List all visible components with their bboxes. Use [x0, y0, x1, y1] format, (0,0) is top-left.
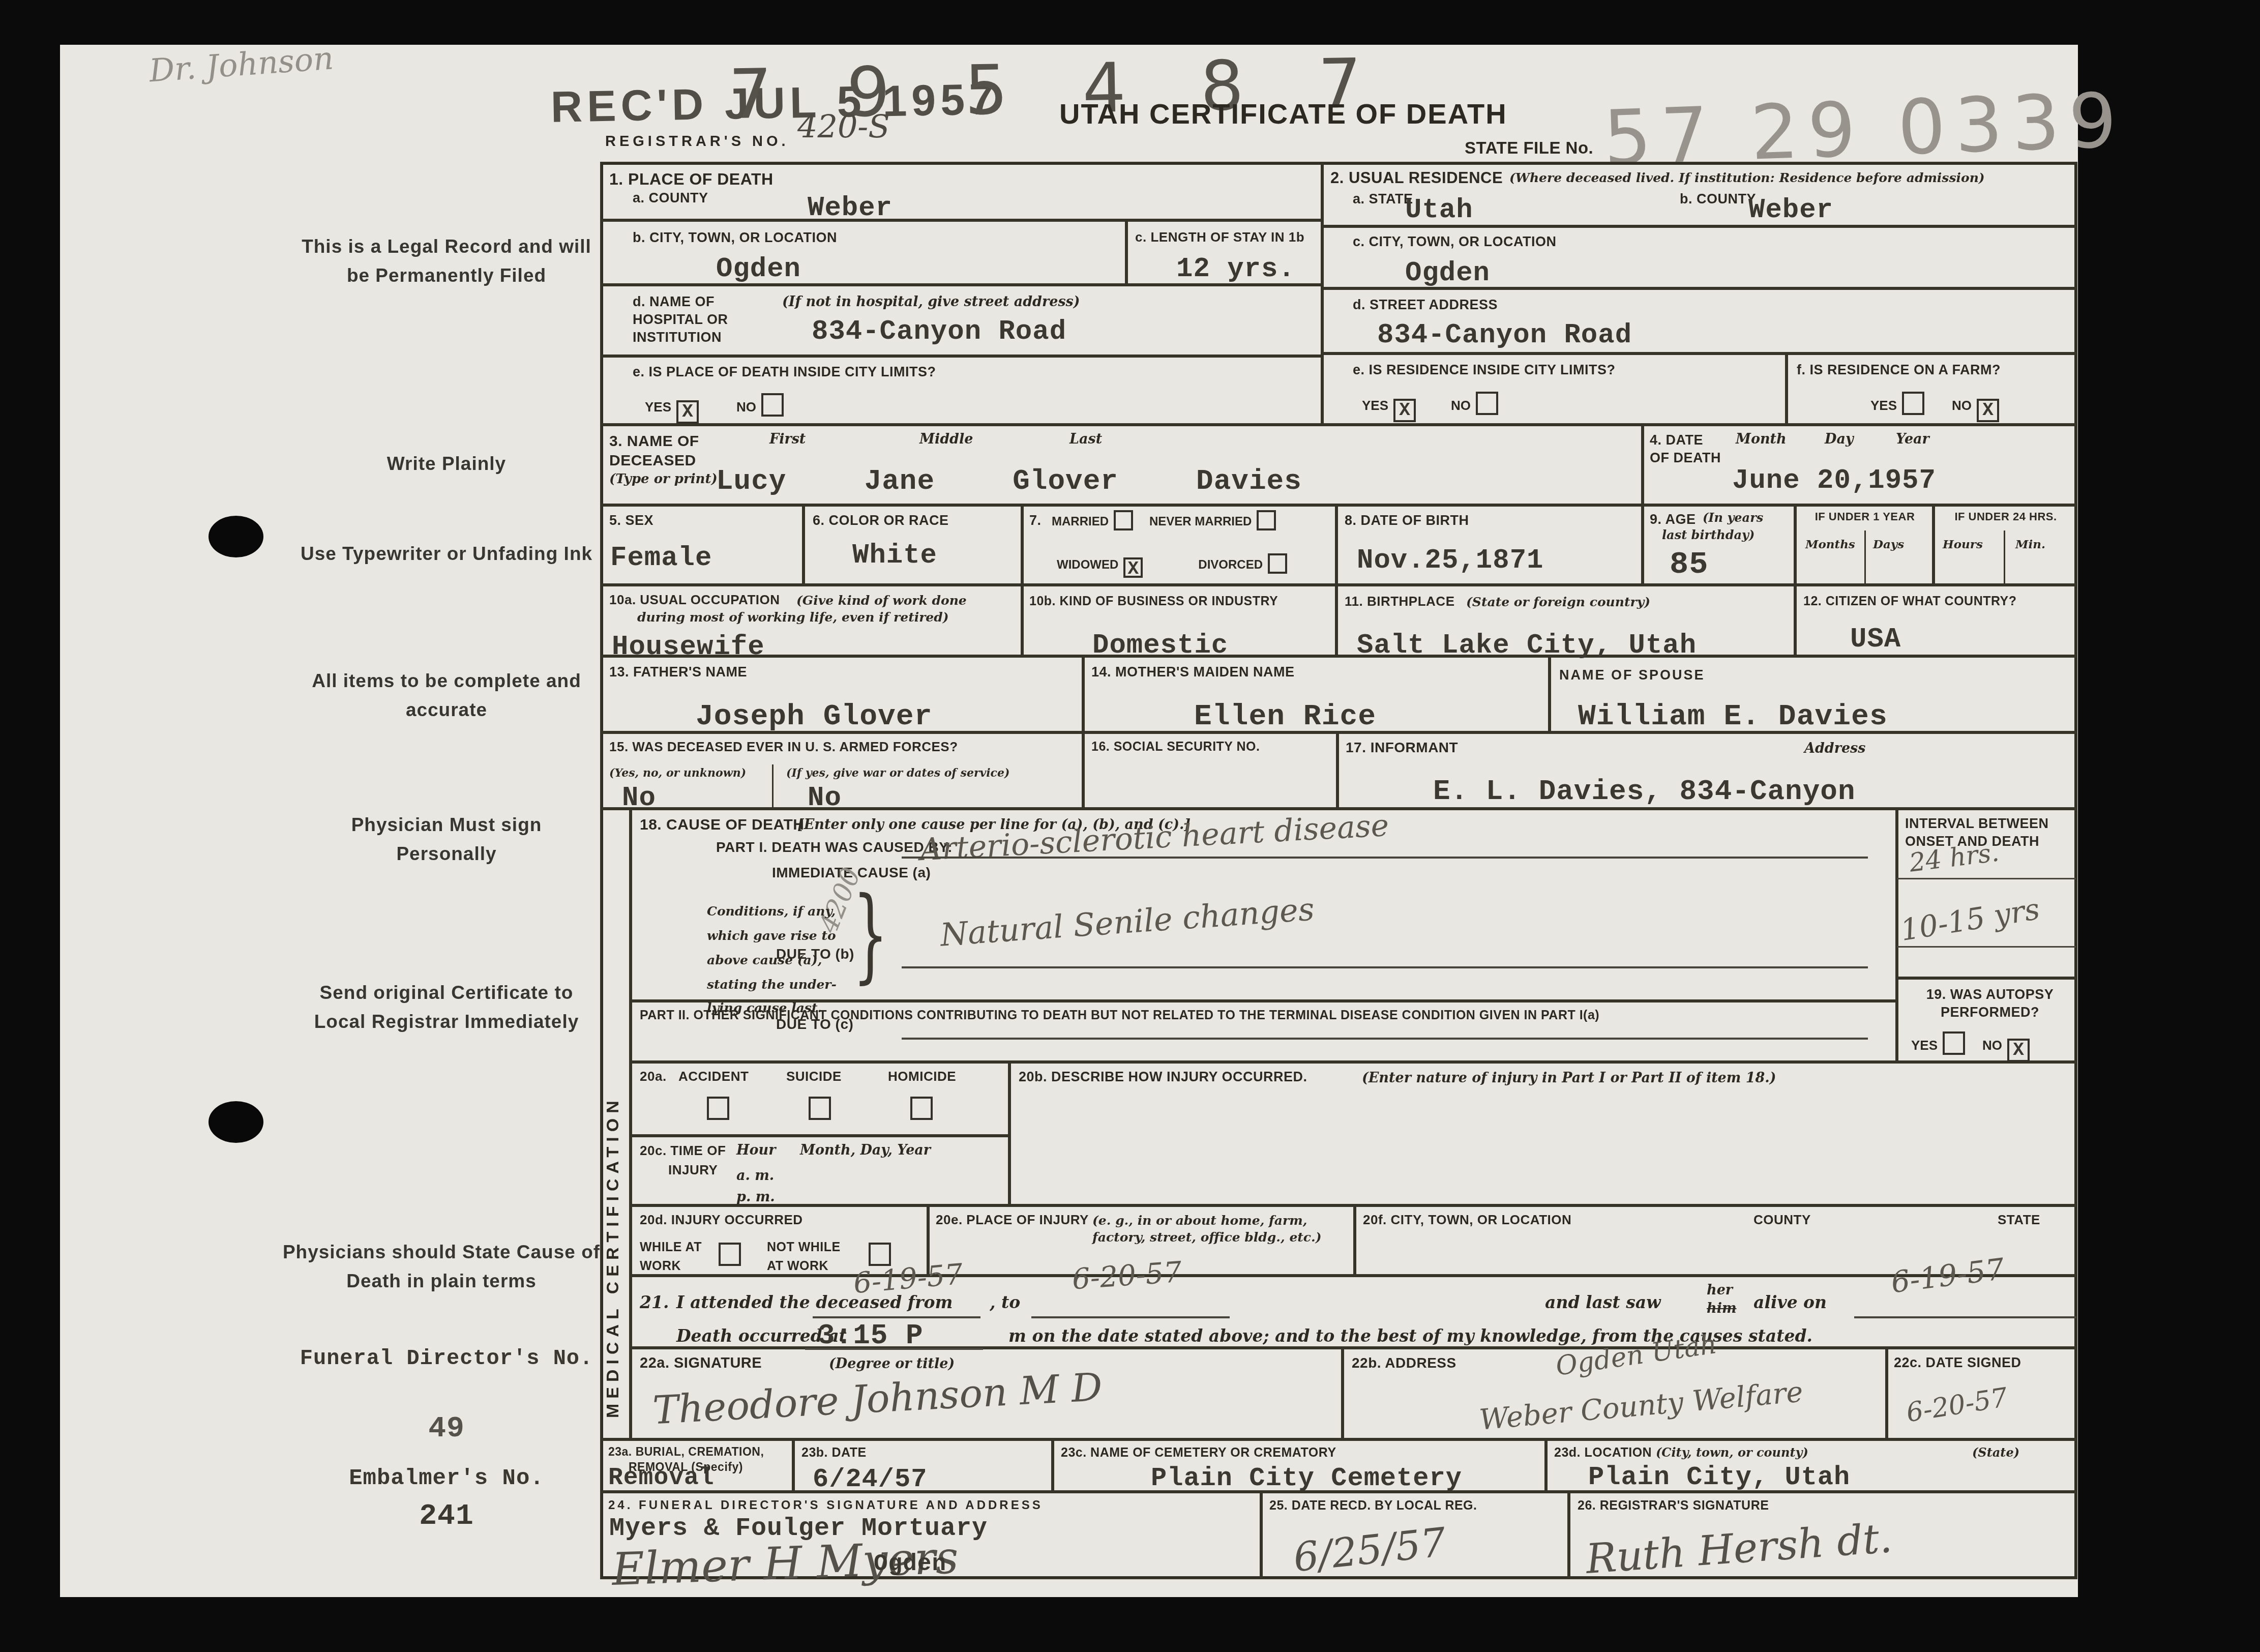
punch-hole-top — [209, 516, 263, 557]
s2a-value: Utah — [1405, 195, 1473, 225]
s20d-while-label2: WORK — [640, 1258, 681, 1275]
s23d-value: Plain City, Utah — [1588, 1463, 1850, 1492]
medical-certification-vertical-label: MEDICAL CERTIFICATION — [603, 838, 629, 1418]
s17-address-label: Address — [1804, 740, 1866, 757]
s6-label: 6. COLOR OR RACE — [813, 512, 949, 529]
s2e-yes-label: YES — [1362, 398, 1388, 413]
s15-label: 15. WAS DECEASED EVER IN U. S. ARMED FOR… — [609, 739, 958, 756]
s1c-label: c. LENGTH OF STAY IN 1b — [1135, 229, 1318, 246]
s8-value: Nov.25,1871 — [1357, 546, 1543, 576]
s12-label: 12. CITIZEN OF WHAT COUNTRY? — [1803, 593, 2017, 610]
s2a-label: a. STATE — [1353, 190, 1413, 208]
s3-col-last: Last — [1069, 430, 1102, 448]
s2-header-note: (Where deceased lived. If institution: R… — [1509, 170, 1985, 187]
s7-married-checkbox — [1114, 510, 1133, 530]
s2f-yes-label: YES — [1870, 398, 1897, 413]
divider-15 — [772, 764, 774, 809]
s2f-yes-checkbox — [1902, 392, 1924, 415]
s9-days-label: Days — [1873, 537, 1904, 552]
s15-value2: No — [808, 783, 842, 813]
s20d-label: 20d. INJURY OCCURRED — [640, 1212, 803, 1229]
s18-brace: } — [853, 884, 888, 986]
s2f-options: YES NOX — [1870, 392, 2004, 422]
s21-to-line — [1031, 1316, 1230, 1318]
s21-him-label: him — [1707, 1300, 1736, 1317]
s9-note-line1: (In years — [1703, 510, 1763, 525]
s20a-homicide-label: HOMICIDE — [888, 1068, 956, 1085]
s23b-value: 6/24/57 — [813, 1465, 927, 1494]
s20d-while-label1: WHILE AT — [640, 1239, 702, 1256]
s24-city-typed: Ogden — [874, 1551, 946, 1577]
s23a-value: Removal — [608, 1465, 715, 1492]
s9-under24-header: IF UNDER 24 HRS. — [1936, 510, 2076, 524]
s9-note-line2: last birthday) — [1662, 527, 1755, 543]
funeral-directors-no-label: Funeral Director's No. — [289, 1347, 604, 1370]
s2b-label: b. COUNTY — [1680, 190, 1756, 208]
s2e-yes-checkbox: X — [1393, 399, 1416, 422]
s2e-options: YESX NO — [1362, 392, 1503, 422]
s2d-label: d. STREET ADDRESS — [1353, 296, 1498, 314]
margin-note-legal-record: This is a Legal Record and will be Perma… — [299, 232, 594, 290]
s20d-while-checkbox — [719, 1243, 741, 1266]
s18-interval-rule1 — [1897, 878, 2076, 879]
s22c-label: 22c. DATE SIGNED — [1894, 1354, 2072, 1372]
s19-no-label: NO — [1982, 1038, 2002, 1053]
s23c-label: 23c. NAME OF CEMETERY OR CREMATORY — [1061, 1444, 1336, 1461]
s7-row1: MARRIED NEVER MARRIED — [1052, 510, 1281, 530]
s7-married-label: MARRIED — [1052, 515, 1109, 528]
s9-value: 85 — [1670, 547, 1708, 582]
s20a-homicide-checkbox — [910, 1097, 933, 1120]
scanned-death-certificate: { "header": { "received_stamp": "REC'D J… — [0, 0, 2260, 1652]
s1e-yes-label: YES — [645, 399, 671, 415]
s19-options: YES NOX — [1911, 1031, 2035, 1062]
s21-time-value: 3:15 P — [818, 1320, 924, 1352]
s1b-label: b. CITY, TOWN, OR LOCATION — [633, 229, 837, 247]
s20e-label: 20e. PLACE OF INJURY — [936, 1212, 1089, 1229]
punch-hole-bottom — [209, 1101, 263, 1143]
s7-row2: WIDOWEDX DIVORCED — [1057, 553, 1292, 578]
s14-label: 14. MOTHER'S MAIDEN NAME — [1091, 663, 1294, 681]
s18-conditions-line2: which gave rise to — [707, 928, 836, 945]
s12-value: USA — [1850, 625, 1901, 655]
s13-label: 13. FATHER'S NAME — [609, 663, 747, 681]
s11-label: 11. BIRTHPLACE — [1345, 593, 1455, 610]
s10a-value: Housewife — [612, 632, 765, 662]
s21-text2: , to — [990, 1292, 1020, 1313]
s23b-label: 23b. DATE — [801, 1444, 867, 1461]
s1a-label: a. COUNTY — [633, 189, 708, 207]
s20f-county-label: COUNTY — [1753, 1212, 1811, 1229]
s7-number: 7. — [1029, 512, 1042, 529]
s20c-am-label: a. m. — [736, 1167, 774, 1185]
margin-note-plain-terms: Physicians should State Cause of Death i… — [274, 1237, 609, 1296]
s10a-note2: during most of working life, even if ret… — [637, 609, 949, 626]
s20d-notwhile-label2: AT WORK — [767, 1258, 828, 1275]
s23d-state-note: (State) — [1972, 1444, 2019, 1460]
s23a-label-line1: 23a. BURIAL, CREMATION, — [608, 1444, 764, 1460]
s2e-label: e. IS RESIDENCE INSIDE CITY LIMITS? — [1353, 361, 1616, 379]
spouse-label: NAME OF SPOUSE — [1559, 666, 1705, 684]
certificate-title: UTAH CERTIFICATE OF DEATH — [1059, 96, 1507, 133]
s7-widowed-checkbox: X — [1123, 557, 1143, 578]
s7-divorced-label: DIVORCED — [1198, 558, 1263, 572]
s20d-notwhile-label1: NOT WHILE — [767, 1239, 841, 1256]
s10b-label: 10b. KIND OF BUSINESS OR INDUSTRY — [1029, 593, 1278, 610]
embalmers-no-value: 241 — [289, 1500, 604, 1533]
s2f-no-checkbox: X — [1977, 399, 1999, 422]
s20a-accident-label: ACCIDENT — [678, 1068, 749, 1085]
s20c-label-line2: INJURY — [668, 1162, 718, 1179]
s20b-label: 20b. DESCRIBE HOW INJURY OCCURRED. — [1019, 1068, 1307, 1086]
s20d-notwhile-checkbox — [869, 1243, 891, 1266]
s3-name-value: Lucy Jane Glover Davies — [716, 466, 1302, 497]
s21-time-line — [805, 1348, 983, 1350]
s4-col-day: Day — [1825, 430, 1854, 448]
s1b-value: Ogden — [716, 254, 801, 284]
s21-from-line — [813, 1316, 980, 1318]
s21-text3: and last saw — [1545, 1292, 1661, 1313]
s1e-no-label: NO — [736, 399, 756, 415]
s11-value: Salt Lake City, Utah — [1357, 631, 1697, 661]
s20a-suicide-checkbox — [809, 1097, 831, 1120]
s10b-value: Domestic — [1092, 631, 1228, 661]
s1-header: 1. PLACE OF DEATH — [609, 169, 774, 190]
s21-her-label: her — [1707, 1282, 1733, 1299]
registrars-no-value: 420-S — [797, 110, 890, 143]
s18-conditions-line4: stating the under- — [707, 977, 837, 993]
s2c-value: Ogden — [1405, 258, 1490, 288]
s21-text4: alive on — [1753, 1292, 1827, 1313]
s5-value: Female — [610, 543, 712, 573]
s9-months-label: Months — [1805, 537, 1855, 552]
s1e-no-checkbox — [761, 393, 784, 417]
s23d-note: (City, town, or county) — [1656, 1444, 1808, 1460]
s18-header: 18. CAUSE OF DEATH — [640, 815, 805, 835]
s20a-suicide-label: SUICIDE — [786, 1068, 842, 1085]
divider-hours-min — [2004, 530, 2005, 585]
s9-hours-label: Hours — [1943, 537, 1983, 552]
s7-never-label: NEVER MARRIED — [1149, 515, 1252, 528]
s8-label: 8. DATE OF BIRTH — [1345, 512, 1469, 529]
s1e-yes-checkbox: X — [676, 400, 699, 424]
s22a-label: 22a. SIGNATURE — [640, 1354, 762, 1373]
s3-header-line1: 3. NAME OF — [609, 431, 699, 451]
s26-label: 26. REGISTRAR'S SIGNATURE — [1578, 1497, 1769, 1514]
s2f-label: f. IS RESIDENCE ON A FARM? — [1797, 361, 2071, 379]
s19-yes-checkbox — [1943, 1031, 1965, 1055]
s18-cause-c-line — [902, 1038, 1868, 1040]
s2c-label: c. CITY, TOWN, OR LOCATION — [1353, 233, 1557, 251]
s2d-value: 834-Canyon Road — [1377, 320, 1632, 350]
s7-divorced-checkbox — [1268, 553, 1287, 574]
s3-col-middle: Middle — [919, 430, 973, 448]
s3-type-note: (Type or print) — [609, 471, 718, 488]
s4-value: June 20,1957 — [1732, 466, 1936, 496]
s20c-hour-label: Hour — [736, 1141, 776, 1159]
s24-label: 24. FUNERAL DIRECTOR'S SIGNATURE AND ADD… — [608, 1497, 1043, 1513]
s20c-pm-label: p. m. — [736, 1188, 775, 1206]
s7-never-checkbox — [1257, 510, 1276, 530]
s1a-value: Weber — [808, 193, 893, 223]
s2f-no-label: NO — [1952, 398, 1972, 413]
s9-label: 9. AGE — [1650, 511, 1696, 528]
s18-interval-rule2 — [1897, 946, 2076, 948]
s4-col-year: Year — [1896, 430, 1929, 448]
s9-under1yr-header: IF UNDER 1 YEAR — [1798, 510, 1931, 524]
s3-header-line2: DECEASED — [609, 451, 696, 470]
s18-part1-label: PART I. DEATH WAS CAUSED BY: — [716, 838, 953, 857]
s21-to-date-handwriting: 6-20-57 — [1071, 1258, 1183, 1295]
divider-months-days — [1864, 530, 1866, 585]
s20f-label: 20f. CITY, TOWN, OR LOCATION — [1363, 1212, 1571, 1229]
spouse-value: William E. Davies — [1578, 701, 1888, 733]
s15-value1: No — [622, 783, 656, 813]
s20b-note: (Enter nature of injury in Part I or Par… — [1362, 1069, 1776, 1087]
s6-value: White — [852, 541, 937, 571]
s20c-mdy-label: Month, Day, Year — [800, 1141, 931, 1159]
s18-due-b-label: DUE TO (b) — [776, 945, 854, 963]
s2e-no-checkbox — [1476, 392, 1498, 415]
s18-cause-a-line — [902, 857, 1868, 859]
s17-value: E. L. Davies, 834-Canyon — [1433, 776, 1856, 808]
margin-note-typewriter: Use Typewriter or Unfading Ink — [284, 539, 609, 568]
certificate-paper: Dr. Johnson REC'D JUL 5 1957 7 9 5 4 8 7… — [60, 45, 2078, 1597]
state-file-label: STATE FILE No. — [1465, 137, 1593, 159]
s13-value: Joseph Glover — [696, 701, 932, 733]
s23c-value: Plain City Cemetery — [1151, 1464, 1462, 1493]
s21-last-line — [1854, 1316, 2076, 1318]
s20e-note: (e. g., in or about home, farm, factory,… — [1092, 1213, 1347, 1246]
s20c-label-line1: 20c. TIME OF — [640, 1142, 726, 1160]
s19-label: 19. WAS AUTOPSY PERFORMED? — [1911, 986, 2069, 1021]
s25-label: 25. DATE RECD. BY LOCAL REG. — [1269, 1497, 1554, 1514]
s20a-number: 20a. — [640, 1068, 667, 1085]
margin-note-physician-sign: Physician Must sign Personally — [299, 810, 594, 869]
s10a-note1: (Give kind of work done — [796, 593, 967, 609]
s2b-value: Weber — [1748, 195, 1833, 225]
pencil-annotation-dr-johnson: Dr. Johnson — [148, 41, 335, 87]
s10a-label: 10a. USUAL OCCUPATION — [609, 592, 780, 609]
s9-min-label: Min. — [2015, 537, 2045, 552]
s5-label: 5. SEX — [609, 512, 653, 529]
s14-value: Ellen Rice — [1194, 701, 1376, 733]
s20f-state-label: STATE — [1998, 1212, 2040, 1229]
s20a-accident-checkbox — [707, 1097, 729, 1120]
s2e-no-label: NO — [1451, 398, 1471, 413]
registrars-no-label: REGISTRAR'S NO. — [605, 132, 789, 152]
s16-label: 16. SOCIAL SECURITY NO. — [1091, 739, 1260, 755]
s22b-label: 22b. ADDRESS — [1352, 1354, 1456, 1372]
embalmers-no-label: Embalmer's No. — [289, 1466, 604, 1491]
s3-col-first: First — [769, 430, 806, 448]
s19-yes-label: YES — [1911, 1038, 1938, 1053]
s15-note2: (If yes, give war or dates of service) — [786, 766, 1009, 781]
funeral-directors-no-value: 49 — [289, 1413, 604, 1445]
s15-note1: (Yes, no, or unknown) — [609, 766, 746, 781]
s23d-label: 23d. LOCATION — [1554, 1444, 1652, 1461]
s18-cause-b-line — [902, 966, 1868, 968]
s21-number: 21. — [640, 1292, 669, 1313]
s18-part2-label: PART II. OTHER SIGNIFICANT CONDITIONS CO… — [640, 1007, 1860, 1024]
s2-header: 2. USUAL RESIDENCE — [1330, 168, 1503, 188]
s19-no-checkbox: X — [2007, 1039, 2030, 1062]
s17-label: 17. INFORMANT — [1346, 739, 1458, 757]
s1d-note: (If not in hospital, give street address… — [782, 293, 1080, 311]
margin-note-write-plainly: Write Plainly — [299, 449, 594, 478]
s1d-label: d. NAME OF HOSPITAL OR INSTITUTION — [633, 293, 760, 346]
s1e-options: YESX NO — [645, 393, 789, 424]
margin-note-send-original: Send original Certificate to Local Regis… — [309, 978, 584, 1037]
s1d-value: 834-Canyon Road — [812, 317, 1066, 347]
margin-note-complete: All items to be complete and accurate — [299, 666, 594, 725]
s22a-degree-note: (Degree or title) — [829, 1355, 955, 1373]
s11-note: (State or foreign country) — [1466, 594, 1650, 611]
s4-header: 4. DATE OF DEATH — [1650, 431, 1726, 467]
s1e-label: e. IS PLACE OF DEATH INSIDE CITY LIMITS? — [633, 363, 936, 381]
s7-widowed-label: WIDOWED — [1057, 558, 1118, 572]
s4-col-month: Month — [1736, 430, 1787, 448]
s1c-value: 12 yrs. — [1176, 254, 1295, 284]
s18-conditions-line1: Conditions, if any, — [707, 903, 836, 920]
